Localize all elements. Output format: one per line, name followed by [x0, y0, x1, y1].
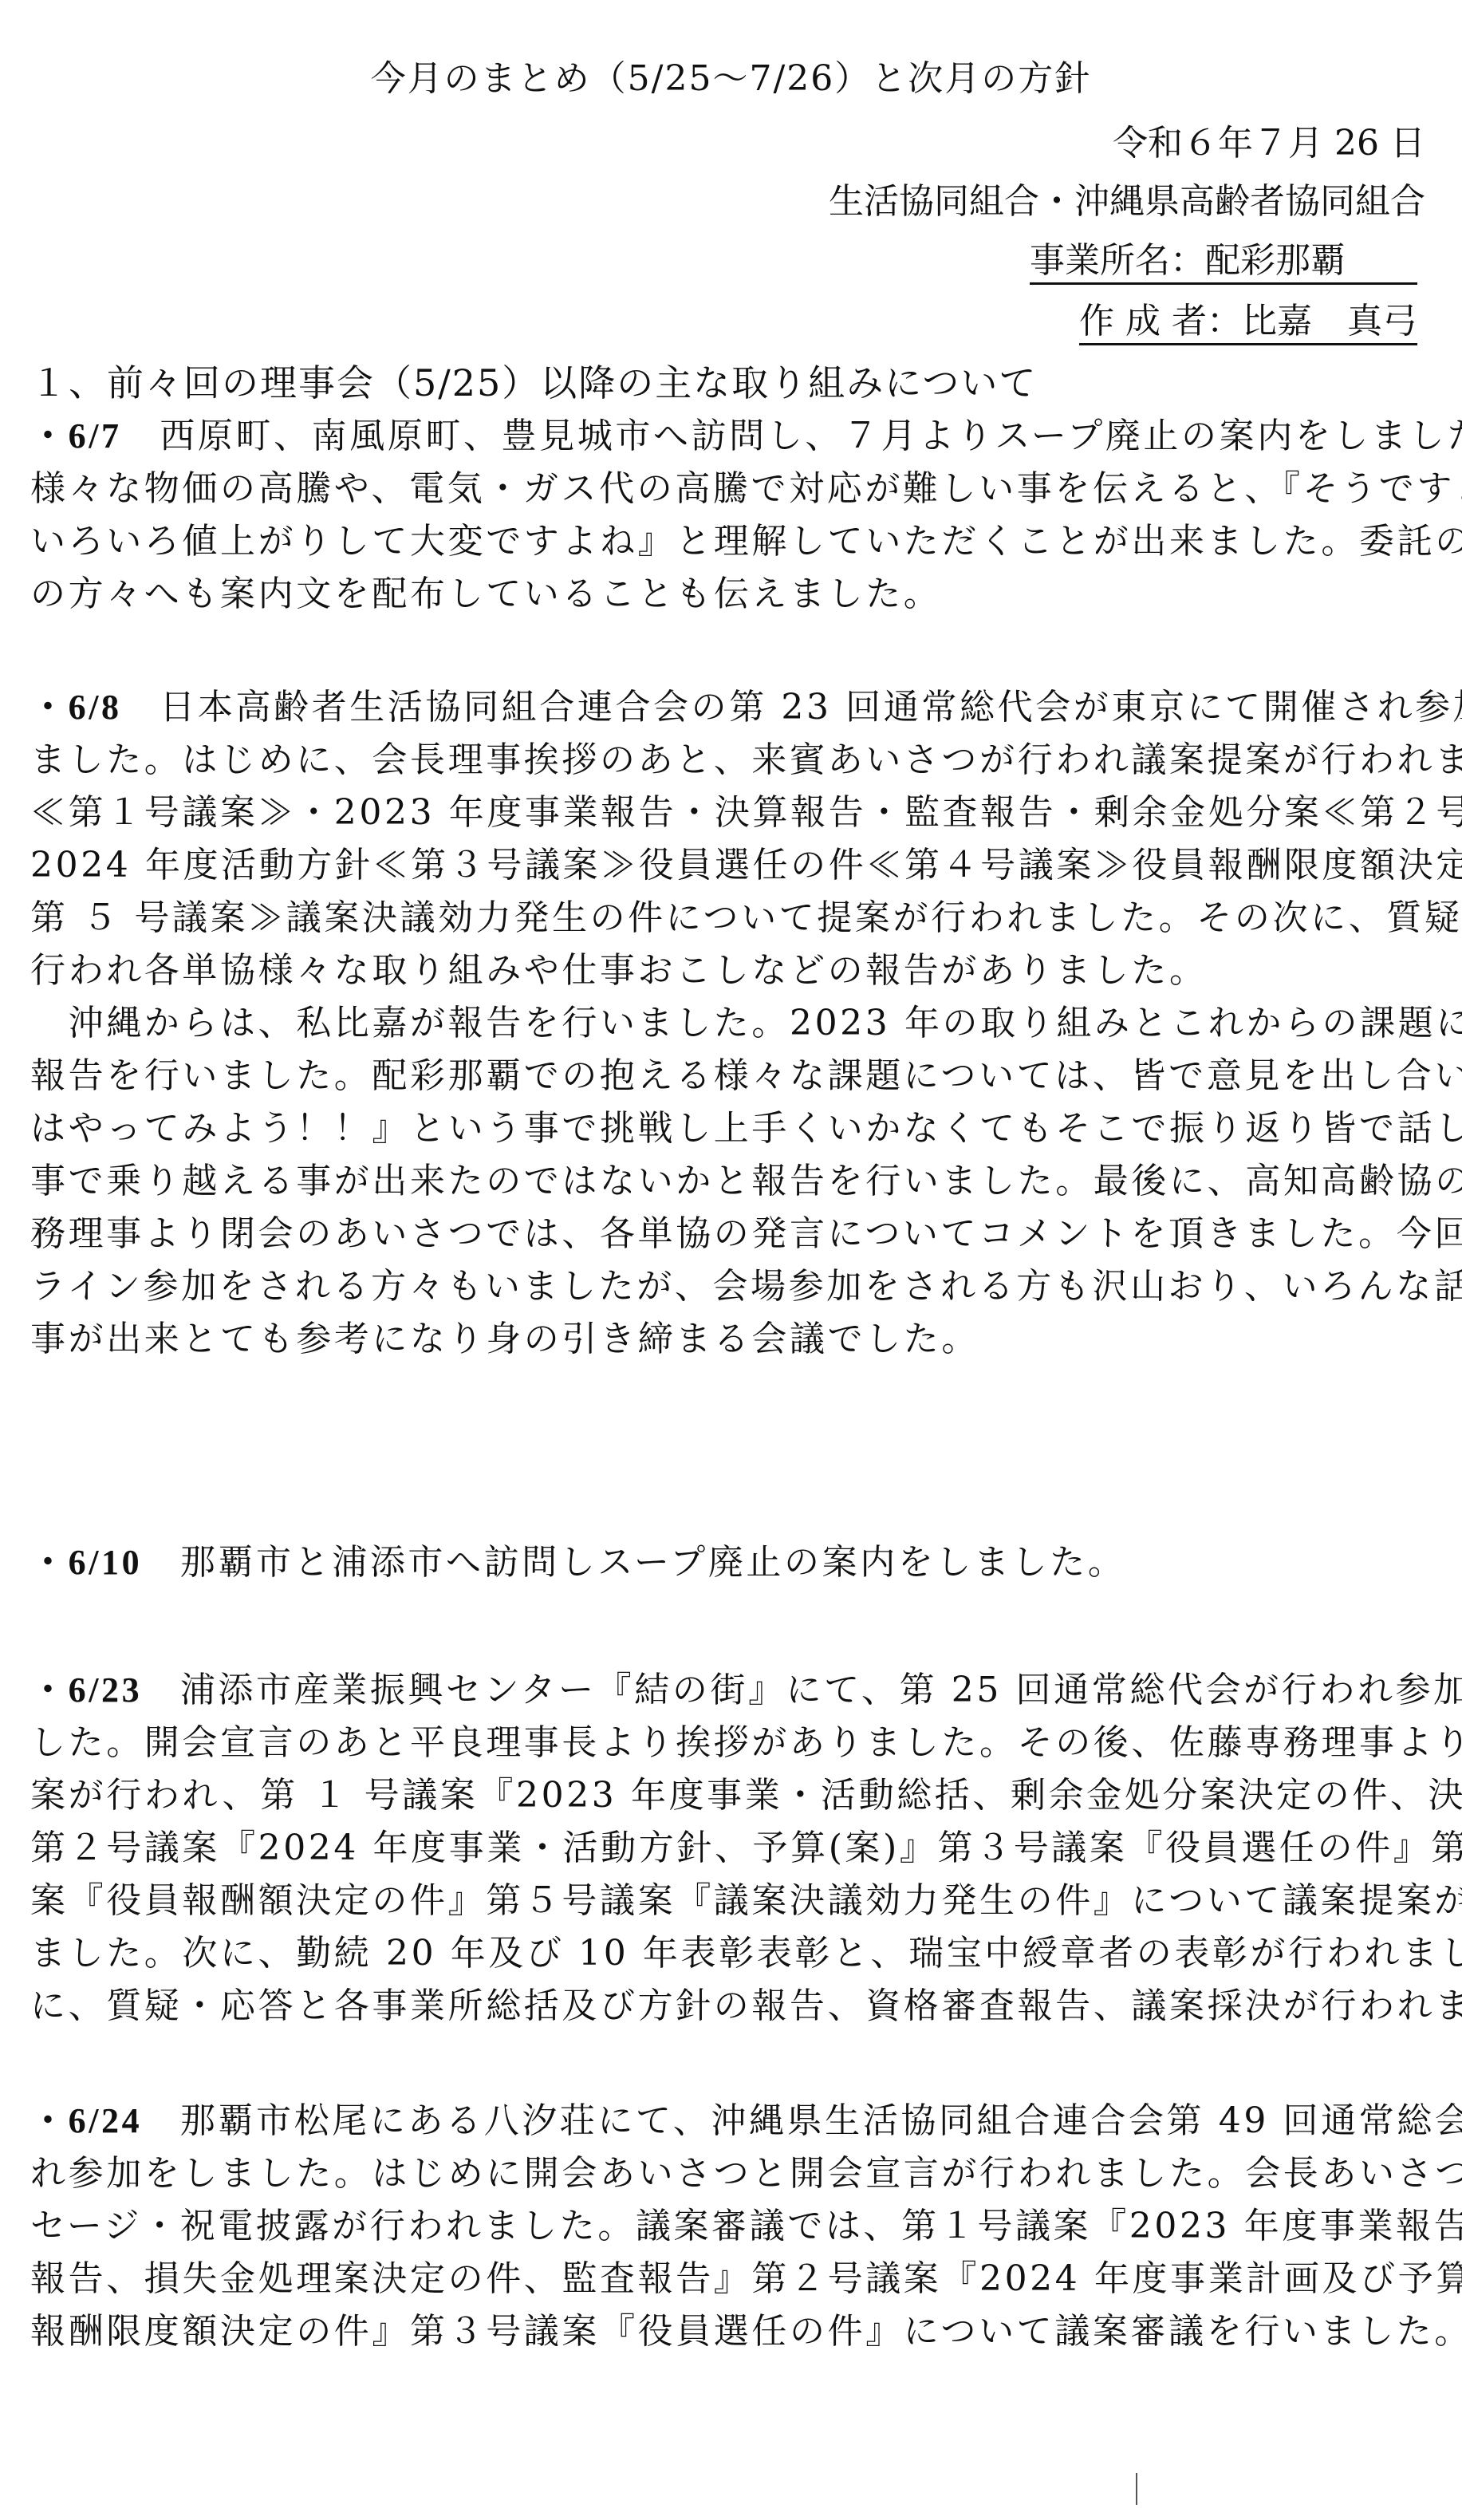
section-heading: １、前々回の理事会（5/25）以降の主な取り組みについて: [30, 363, 1037, 403]
entry-line: した。開会宣言のあと平良理事長より挨拶がありました。その後、佐藤専務理事より議案…: [30, 1723, 1462, 1763]
entry-text: に、質疑・応答と各事業所総括及び方針の報告、資格審査報告、議案採決が行われました…: [30, 1986, 1462, 2026]
entry-line: ました。次に、勤続 20 年及び 10 年表彰表彰と、瑞宝中綬章者の表彰が行われ…: [30, 1934, 1462, 1974]
entry-text: 報告を行いました。配彩那覇での抱える様々な課題については、皆で意見を出し合い『ま…: [30, 1055, 1462, 1096]
entry-line: 第２号議案『2024 年度事業・活動方針、予算(案)』第３号議案『役員選任の件』…: [30, 1828, 1462, 1868]
entry-line: はやってみよう！！』という事で挑戦し上手くいかなくてもそこで振り返り皆で話し合う: [30, 1109, 1462, 1149]
entry-text: 日本高齢者生活協同組合連合会の第 23 回通常総代会が東京にて開催され参加をし: [122, 687, 1462, 728]
entry-text: した。開会宣言のあと平良理事長より挨拶がありました。その後、佐藤専務理事より議案…: [30, 1722, 1462, 1763]
document-title: 今月のまとめ（5/25～7/26）と次月の方針: [0, 59, 1462, 99]
office-name: 事業所名：配彩那覇: [1030, 241, 1417, 285]
entry-date: ・6/24: [30, 2101, 142, 2140]
entry-text: 案『役員報酬額決定の件』第５号議案『議案決議効力発生の件』について議案提案が行わ…: [30, 1880, 1462, 1921]
entry-text: ライン参加をされる方々もいましたが、会場参加をされる方も沢山おり、いろんな話を聞…: [30, 1266, 1462, 1307]
author-name: 作 成 者：比嘉 真弓: [1079, 302, 1417, 345]
entry-text: れ参加をしました。はじめに開会あいさつと開会宣言が行われました。会長あいさつ、メ…: [30, 2153, 1462, 2194]
entry-text: の方々へも案内文を配布していることも伝えました。: [30, 574, 941, 614]
entry-line: いろいろ値上がりして大変ですよね』と理解していただくことが出来ました。委託の利用…: [30, 522, 1462, 562]
entry-first-line: ・6/8 日本高齢者生活協同組合連合会の第 23 回通常総代会が東京にて開催され…: [30, 688, 1462, 728]
entry-line: の方々へも案内文を配布していることも伝えました。: [30, 574, 941, 614]
entry-date: ・6/23: [30, 1670, 142, 1710]
entry-date: ・6/8: [30, 688, 122, 727]
entry-line: 案が行われ、第 １ 号議案『2023 年度事業・活動総括、剰余金処分案決定の件、…: [30, 1776, 1462, 1816]
entry-text: 第 ５ 号議案≫議案決議効力発生の件について提案が行われました。その次に、質疑討…: [30, 897, 1462, 938]
entry-text: セージ・祝電披露が行われました。議案審議では、第１号議案『2023 年度事業報告…: [30, 2206, 1462, 2246]
entry-text: 事で乗り越える事が出来たのではないかと報告を行いました。最後に、高知高齢協の曽我…: [30, 1161, 1462, 1201]
document-date: 令和６年７月 26 日: [1113, 124, 1425, 164]
entry-text: 浦添市産業振興センター『結の街』にて、第 25 回通常総代会が行われ参加をしま: [142, 1670, 1462, 1710]
entry-text: 務理事より閉会のあいさつでは、各単協の発言についてコメントを頂きました。今回、オ…: [30, 1213, 1462, 1254]
entry-line: 第 ５ 号議案≫議案決議効力発生の件について提案が行われました。その次に、質疑討…: [30, 898, 1462, 938]
entry-line: に、質疑・応答と各事業所総括及び方針の報告、資格審査報告、議案採決が行われました…: [30, 1986, 1462, 2026]
entry-line: 務理事より閉会のあいさつでは、各単協の発言についてコメントを頂きました。今回、オ…: [30, 1214, 1462, 1254]
scan-artifact: [1136, 2473, 1137, 2505]
entry-text: 報酬限度額決定の件』第３号議案『役員選任の件』について議案審議を行いました。: [30, 2311, 1462, 2352]
entry-text: 沖縄からは、私比嘉が報告を行いました。2023 年の取り組みとこれからの課題につ…: [30, 1003, 1462, 1043]
entry-line: れ参加をしました。はじめに開会あいさつと開会宣言が行われました。会長あいさつ、メ…: [30, 2154, 1462, 2194]
entry-text: 報告、損失金処理案決定の件、監査報告』第２号議案『2024 年度事業計画及び予算…: [30, 2258, 1462, 2299]
entry-first-line: ・6/24 那覇市松尾にある八汐荘にて、沖縄県生活協同組合連合会第 49 回通常…: [30, 2101, 1462, 2141]
entry-line: 事が出来とても参考になり身の引き締まる会議でした。: [30, 1319, 979, 1359]
entry-first-line: ・6/10 那覇市と浦添市へ訪問しスープ廃止の案内をしました。: [30, 1543, 1125, 1583]
entry-line: 報告、損失金処理案決定の件、監査報告』第２号議案『2024 年度事業計画及び予算…: [30, 2259, 1462, 2299]
entry-line: ≪第１号議案≫・2023 年度事業報告・決算報告・監査報告・剰余金処分案≪第２号…: [30, 793, 1462, 833]
entry-line: 様々な物価の高騰や、電気・ガス代の高騰で対応が難しい事を伝えると、『そうですよね…: [30, 469, 1462, 509]
entry-date: ・6/7: [30, 416, 122, 455]
entry-text: 第２号議案『2024 年度事業・活動方針、予算(案)』第３号議案『役員選任の件』…: [30, 1828, 1462, 1868]
entry-text: ました。はじめに、会長理事挨拶のあと、来賓あいさつが行われ議案提案が行われました…: [30, 739, 1462, 780]
entry-line: 沖縄からは、私比嘉が報告を行いました。2023 年の取り組みとこれからの課題につ…: [30, 1004, 1462, 1043]
entry-line: 2024 年度活動方針≪第３号議案≫役員選任の件≪第４号議案≫役員報酬限度額決定…: [30, 846, 1462, 885]
entry-text: ました。次に、勤続 20 年及び 10 年表彰表彰と、瑞宝中綬章者の表彰が行われ…: [30, 1933, 1462, 1974]
author-name-text: 作 成 者：比嘉 真弓: [1079, 302, 1417, 345]
entry-text: いろいろ値上がりして大変ですよね』と理解していただくことが出来ました。委託の利用…: [30, 521, 1462, 562]
entry-text: 様々な物価の高騰や、電気・ガス代の高騰で対応が難しい事を伝えると、『そうですよね…: [30, 468, 1462, 509]
entry-line: 報告を行いました。配彩那覇での抱える様々な課題については、皆で意見を出し合い『ま…: [30, 1056, 1462, 1096]
entry-first-line: ・6/7 西原町、南風原町、豊見城市へ訪問し、７月よりスープ廃止の案内をしました…: [30, 416, 1462, 456]
entry-text: 案が行われ、第 １ 号議案『2023 年度事業・活動総括、剰余金処分案決定の件、…: [30, 1775, 1462, 1816]
entry-text: 那覇市と浦添市へ訪問しスープ廃止の案内をしました。: [142, 1542, 1125, 1583]
entry-text: ≪第１号議案≫・2023 年度事業報告・決算報告・監査報告・剰余金処分案≪第２号…: [30, 792, 1462, 833]
entry-line: セージ・祝電披露が行われました。議案審議では、第１号議案『2023 年度事業報告…: [30, 2206, 1462, 2246]
entry-date: ・6/10: [30, 1543, 142, 1582]
entry-line: 報酬限度額決定の件』第３号議案『役員選任の件』について議案審議を行いました。: [30, 2312, 1462, 2352]
entry-text: はやってみよう！！』という事で挑戦し上手くいかなくてもそこで振り返り皆で話し合う: [30, 1108, 1462, 1149]
entry-text: 2024 年度活動方針≪第３号議案≫役員選任の件≪第４号議案≫役員報酬限度額決定…: [30, 845, 1462, 885]
entry-text: 事が出来とても参考になり身の引き締まる会議でした。: [30, 1319, 979, 1359]
entry-line: 行われ各単協様々な取り組みや仕事おこしなどの報告がありました。: [30, 951, 1208, 991]
entry-text: 西原町、南風原町、豊見城市へ訪問し、７月よりスープ廃止の案内をしました。: [122, 416, 1462, 456]
entry-line: 案『役員報酬額決定の件』第５号議案『議案決議効力発生の件』について議案提案が行わ…: [30, 1881, 1462, 1921]
organization-name: 生活協同組合・沖縄県高齢者協同組合: [829, 182, 1425, 222]
entry-line: ました。はじめに、会長理事挨拶のあと、来賓あいさつが行われ議案提案が行われました…: [30, 740, 1462, 780]
entry-line: 事で乗り越える事が出来たのではないかと報告を行いました。最後に、高知高齢協の曽我…: [30, 1161, 1462, 1201]
entry-text: 行われ各単協様々な取り組みや仕事おこしなどの報告がありました。: [30, 950, 1208, 991]
office-name-text: 事業所名：配彩那覇: [1030, 241, 1417, 285]
entry-text: 那覇市松尾にある八汐荘にて、沖縄県生活協同組合連合会第 49 回通常総会が行わ: [142, 2100, 1462, 2141]
entry-line: ライン参加をされる方々もいましたが、会場参加をされる方も沢山おり、いろんな話を聞…: [30, 1267, 1462, 1307]
entry-first-line: ・6/23 浦添市産業振興センター『結の街』にて、第 25 回通常総代会が行われ…: [30, 1670, 1462, 1710]
